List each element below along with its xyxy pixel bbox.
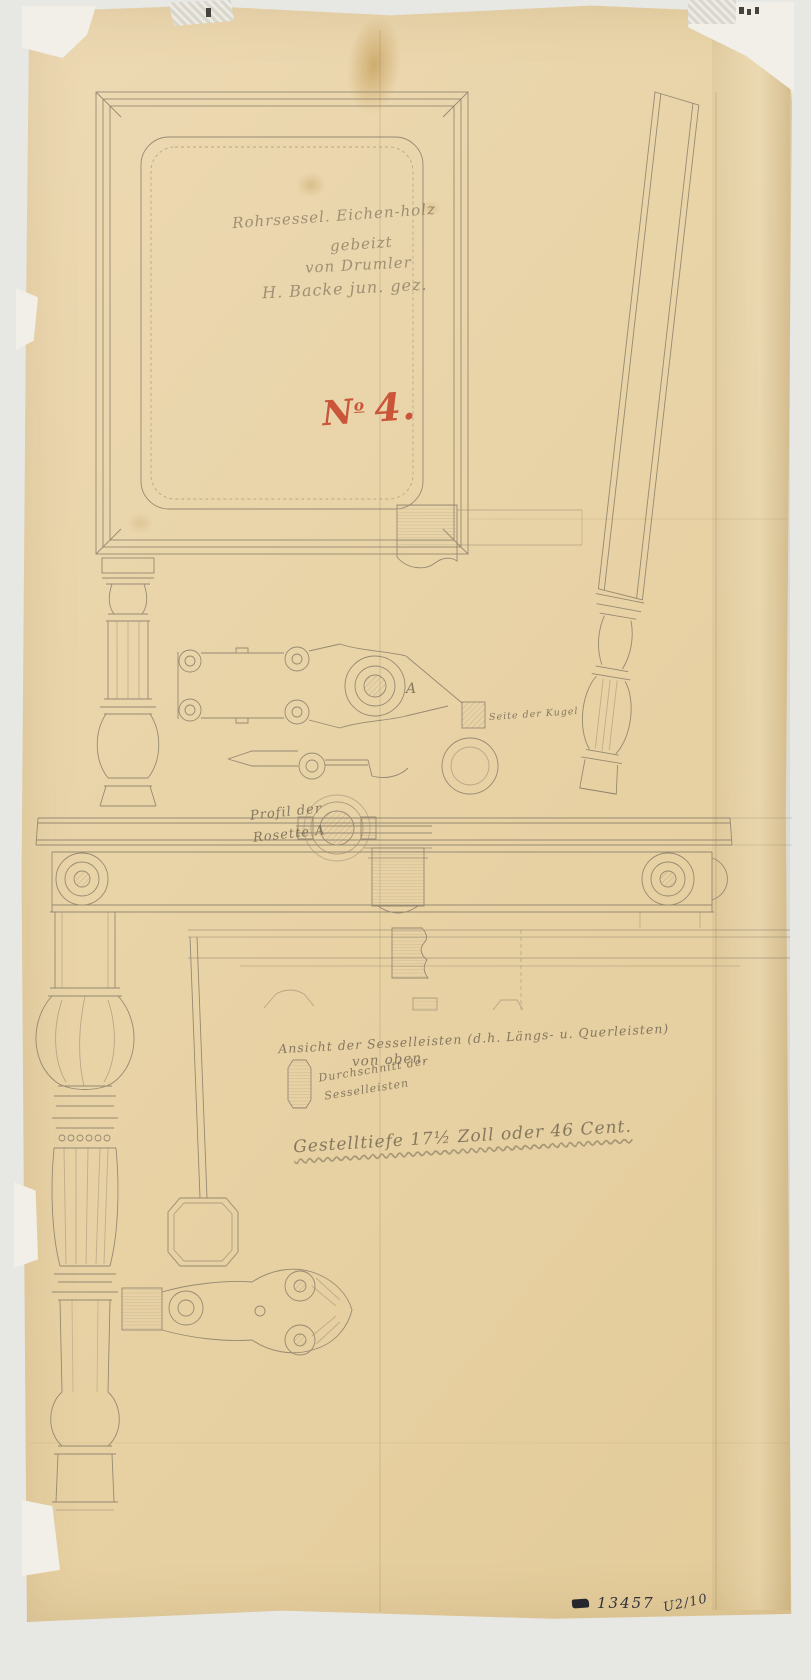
left-leg-elevation xyxy=(97,558,159,806)
leaning-leg-drawing xyxy=(574,92,702,795)
scanned-drawing-sheet: Rohrsessel. Eichen-holz gebeizt von Drum… xyxy=(0,0,811,1680)
rail-plan-drawing xyxy=(168,928,790,1266)
stamp-mark-icon xyxy=(572,1598,590,1608)
carved-leg-drawing xyxy=(36,912,134,1510)
rail-section-octagon xyxy=(288,1060,311,1108)
number-prefix: N xyxy=(321,392,356,434)
arm-profile-drawing xyxy=(228,738,498,794)
arm-plan-drawing xyxy=(178,644,485,728)
pencil-linework xyxy=(0,0,811,1680)
seat-rail-section xyxy=(397,505,582,568)
drawing-number: No4. xyxy=(321,385,418,434)
number-superscript: o xyxy=(353,396,364,415)
stamp-number: 13457 xyxy=(597,1594,655,1612)
bracket-plan-drawing xyxy=(122,1269,352,1355)
number-value: 4. xyxy=(373,383,418,431)
seat-plan-drawing xyxy=(96,92,468,554)
stamp-code: U2/10 xyxy=(662,1591,709,1615)
stool-elevation-drawing xyxy=(36,818,792,928)
boss-label: A xyxy=(406,682,417,697)
inventory-stamp: 13457 U2/10 xyxy=(572,1594,708,1612)
